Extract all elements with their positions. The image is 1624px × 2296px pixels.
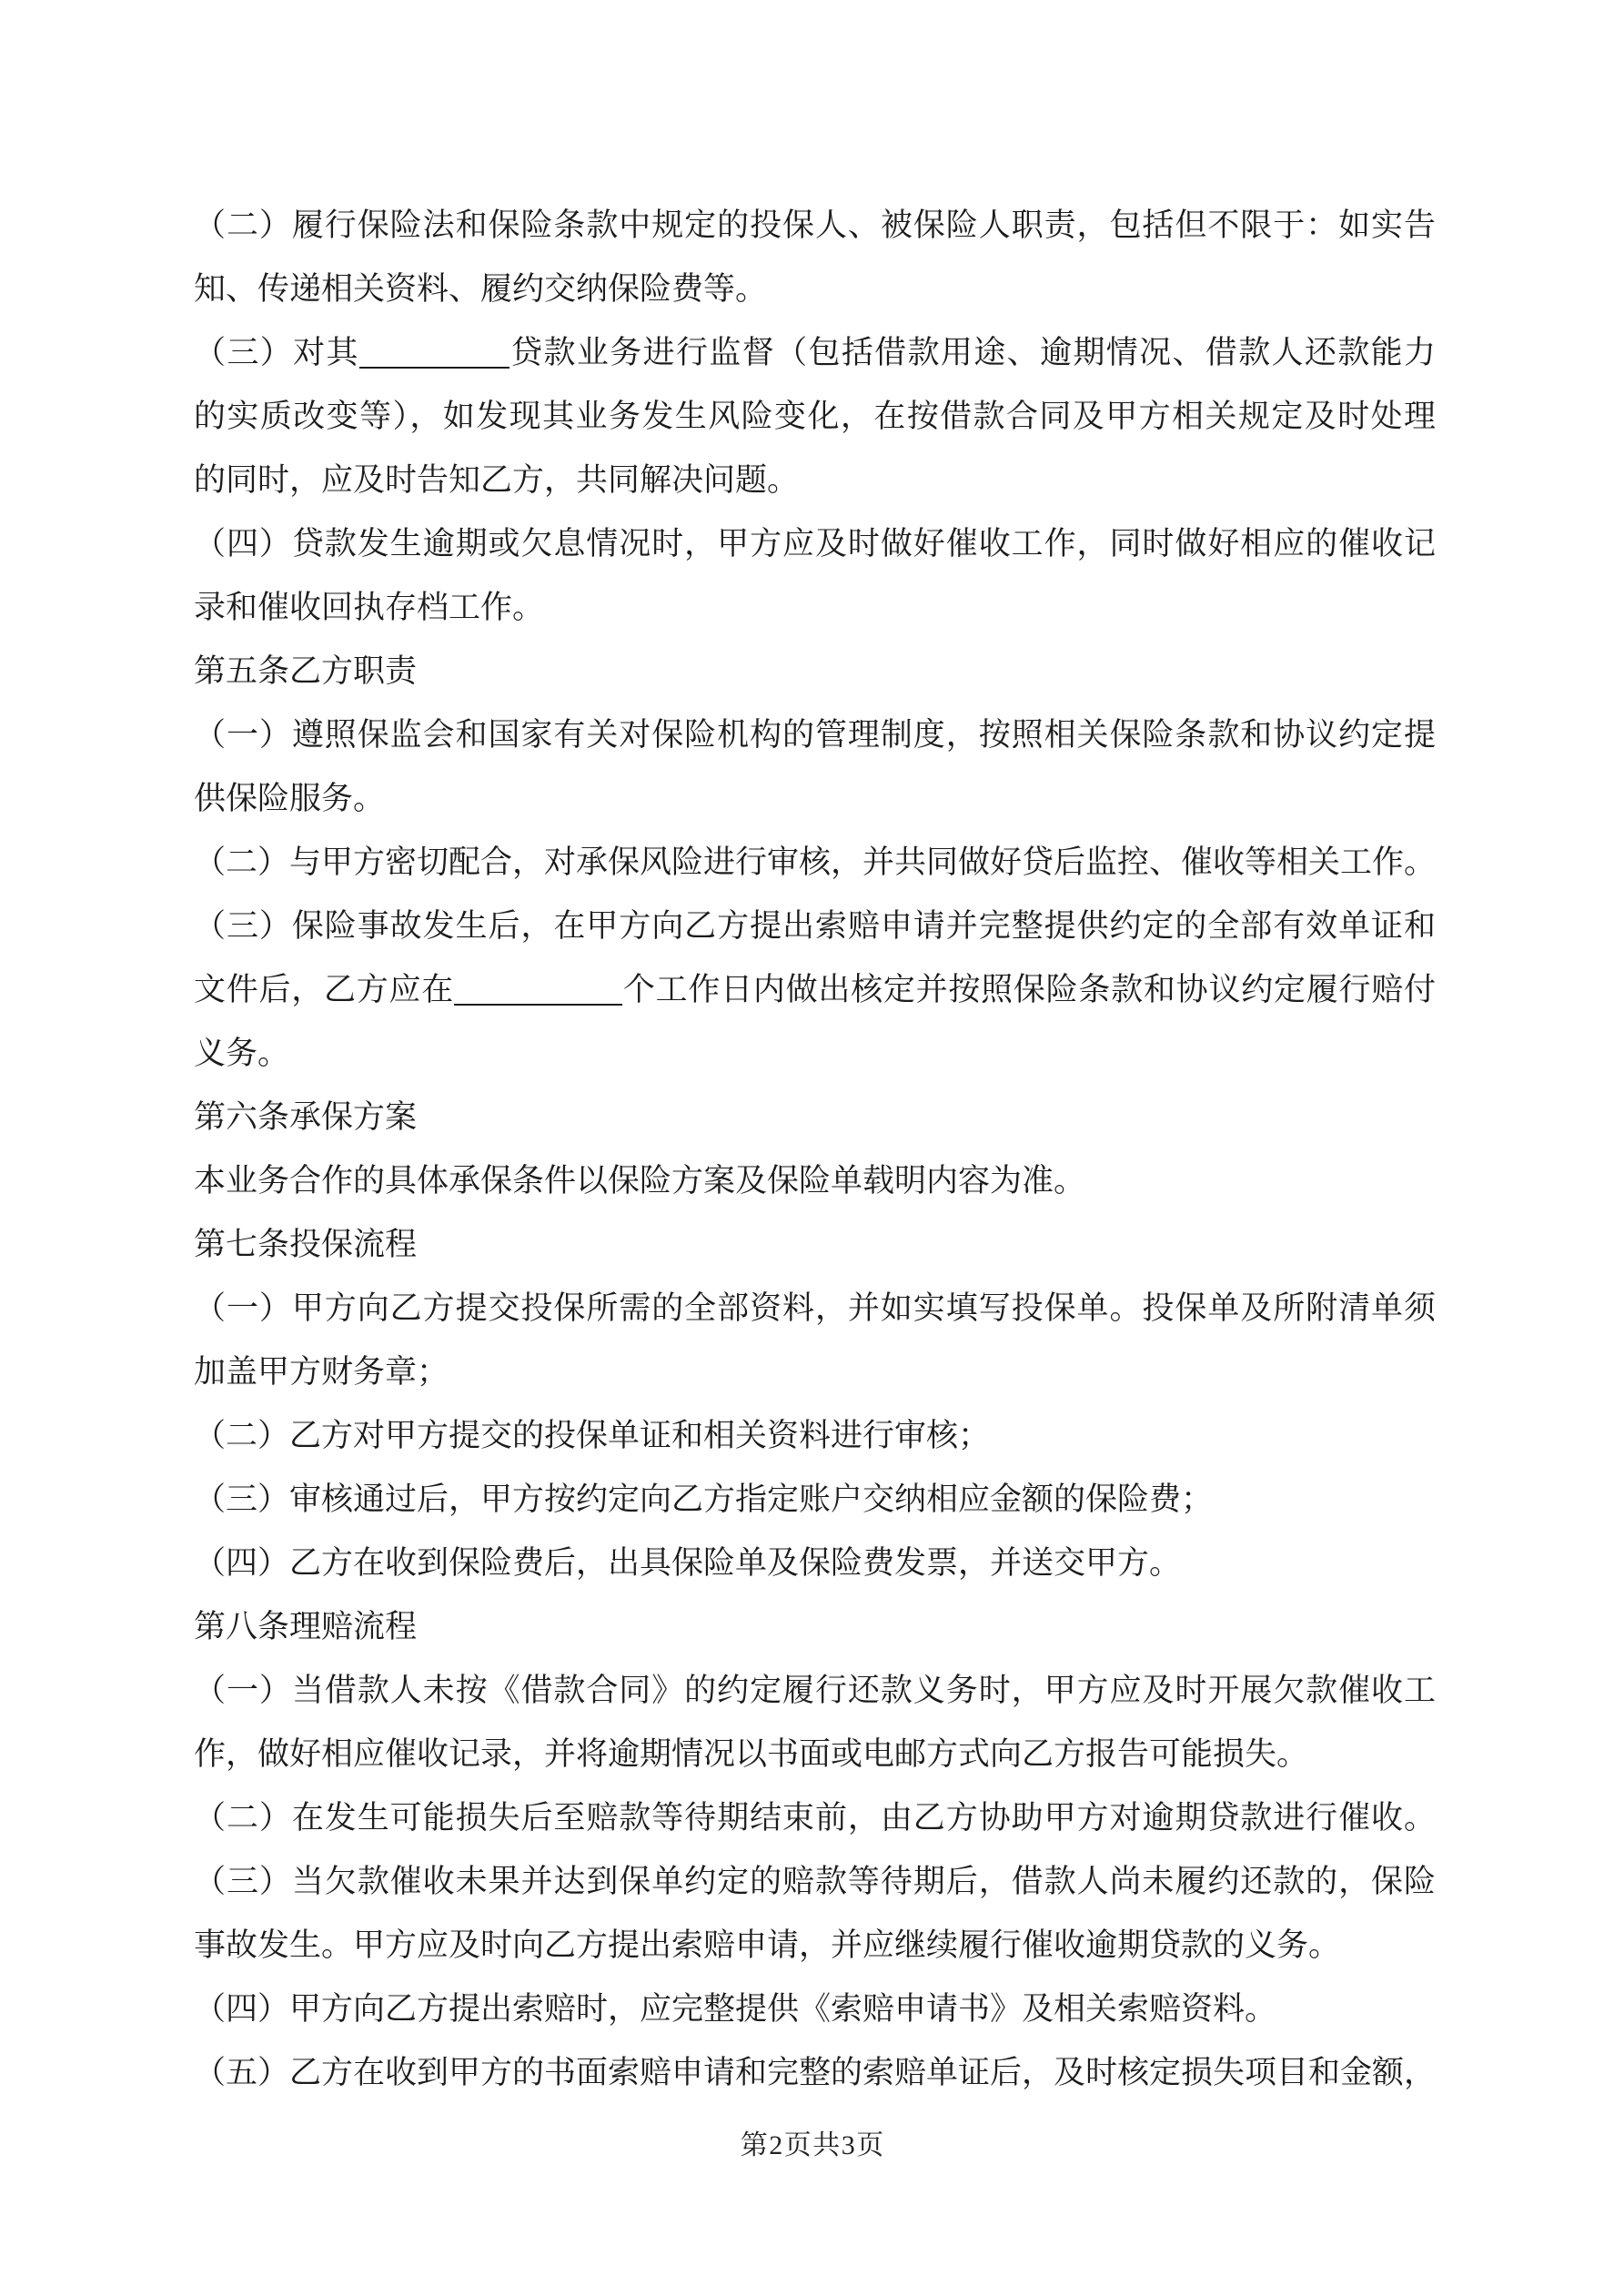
document-line: （一）甲方向乙方提交投保所需的全部资料，并如实填写投保单。投保单及所附清单须: [194, 1277, 1436, 1340]
text-run: 文件后，乙方应在: [194, 972, 454, 1007]
document-line: 第六条承保方案: [194, 1086, 1436, 1149]
text-run: 的同时，应及时告知乙方，共同解决问题。: [194, 462, 799, 498]
text-run: 作，做好相应催收记录，并将逾期情况以书面或电邮方式向乙方报告可能损失。: [194, 1736, 1308, 1772]
document-line: 知、传递相关资料、履约交纳保险费等。: [194, 258, 1436, 321]
document-line: （三）当欠款催收未果并达到保单约定的赔款等待期后，借款人尚未履约还款的，保险: [194, 1850, 1436, 1914]
text-run: 第八条理赔流程: [194, 1609, 417, 1644]
fill-in-blank-underline: [454, 998, 622, 1006]
text-run: （四）贷款发生逾期或欠息情况时，甲方应及时做好催收工作，同时做好相应的催收记: [194, 526, 1436, 561]
document-line: 义务。: [194, 1022, 1436, 1086]
text-run: （一）遵照保监会和国家有关对保险机构的管理制度，按照相关保险条款和协议约定提: [194, 717, 1436, 753]
document-line: （二）与甲方密切配合，对承保风险进行审核，并共同做好贷后监控、催收等相关工作。: [194, 831, 1436, 895]
text-run: 个工作日内做出核定并按照保险条款和协议约定履行赔付: [622, 972, 1436, 1007]
document-line: （二）在发生可能损失后至赔款等待期结束前，由乙方协助甲方对逾期贷款进行催收。: [194, 1786, 1436, 1850]
text-run: （一）当借款人未按《借款合同》的约定履行还款义务时，甲方应及时开展欠款催收工: [194, 1673, 1436, 1708]
text-run: 录和催收回执存档工作。: [194, 590, 544, 625]
document-line: （三）审核通过后，甲方按约定向乙方指定账户交纳相应金额的保险费；: [194, 1468, 1436, 1532]
document-line: （三）保险事故发生后，在甲方向乙方提出索赔申请并完整提供约定的全部有效单证和: [194, 895, 1436, 958]
text-run: （二）履行保险法和保险条款中规定的投保人、被保险人职责，包括但不限于：如实告: [194, 207, 1436, 243]
document-body: （二）履行保险法和保险条款中规定的投保人、被保险人职责，包括但不限于：如实告知、…: [194, 194, 1436, 2105]
document-line: 本业务合作的具体承保条件以保险方案及保险单载明内容为准。: [194, 1149, 1436, 1213]
text-run: 本业务合作的具体承保条件以保险方案及保险单载明内容为准。: [194, 1163, 1085, 1199]
document-line: （一）遵照保监会和国家有关对保险机构的管理制度，按照相关保险条款和协议约定提: [194, 703, 1436, 767]
text-run: （三）保险事故发生后，在甲方向乙方提出索赔申请并完整提供约定的全部有效单证和: [194, 908, 1436, 944]
document-line: 文件后，乙方应在个工作日内做出核定并按照保险条款和协议约定履行赔付: [194, 958, 1436, 1022]
text-run: （二）乙方对甲方提交的投保单证和相关资料进行审核；: [194, 1418, 990, 1453]
text-run: （三）对其: [194, 335, 359, 370]
text-run: （四）甲方向乙方提出索赔时，应完整提供《索赔申请书》及相关索赔资料。: [194, 1991, 1276, 2027]
document-line: （四）贷款发生逾期或欠息情况时，甲方应及时做好催收工作，同时做好相应的催收记: [194, 512, 1436, 576]
text-run: 供保险服务。: [194, 781, 385, 816]
text-run: 第五条乙方职责: [194, 653, 417, 689]
fill-in-blank-underline: [359, 361, 509, 369]
text-run: （三）审核通过后，甲方按约定向乙方指定账户交纳相应金额的保险费；: [194, 1482, 1213, 1517]
document-page: （二）履行保险法和保险条款中规定的投保人、被保险人职责，包括但不限于：如实告知、…: [0, 0, 1624, 2296]
text-run: （五）乙方在收到甲方的书面索赔申请和完整的索赔单证后，及时核定损失项目和金额，: [194, 2055, 1436, 2090]
document-line: 事故发生。甲方应及时向乙方提出索赔申请，并应继续履行催收逾期贷款的义务。: [194, 1914, 1436, 1977]
text-run: （四）乙方在收到保险费后，出具保险单及保险费发票，并送交甲方。: [194, 1545, 1181, 1581]
text-run: （一）甲方向乙方提交投保所需的全部资料，并如实填写投保单。投保单及所附清单须: [194, 1290, 1436, 1326]
text-run: 第七条投保流程: [194, 1227, 417, 1262]
text-run: 知、传递相关资料、履约交纳保险费等。: [194, 271, 767, 307]
document-line: 供保险服务。: [194, 767, 1436, 831]
text-run: 的实质改变等），如发现其业务发生风险变化，在按借款合同及甲方相关规定及时处理: [194, 399, 1436, 434]
document-line: 第五条乙方职责: [194, 640, 1436, 703]
text-run: 加盖甲方财务章；: [194, 1354, 449, 1390]
document-line: （二）履行保险法和保险条款中规定的投保人、被保险人职责，包括但不限于：如实告: [194, 194, 1436, 258]
document-line: （二）乙方对甲方提交的投保单证和相关资料进行审核；: [194, 1404, 1436, 1468]
page-number-footer: 第 2 页 共 3 页: [0, 2129, 1624, 2162]
document-line: 加盖甲方财务章；: [194, 1340, 1436, 1404]
document-line: 的同时，应及时告知乙方，共同解决问题。: [194, 449, 1436, 512]
text-run: 义务。: [194, 1036, 289, 1071]
document-line: （五）乙方在收到甲方的书面索赔申请和完整的索赔单证后，及时核定损失项目和金额，: [194, 2041, 1436, 2105]
document-line: 的实质改变等），如发现其业务发生风险变化，在按借款合同及甲方相关规定及时处理: [194, 385, 1436, 449]
document-line: （四）甲方向乙方提出索赔时，应完整提供《索赔申请书》及相关索赔资料。: [194, 1977, 1436, 2041]
document-line: （四）乙方在收到保险费后，出具保险单及保险费发票，并送交甲方。: [194, 1532, 1436, 1595]
document-line: 录和催收回执存档工作。: [194, 576, 1436, 640]
text-run: （二）与甲方密切配合，对承保风险进行审核，并共同做好贷后监控、催收等相关工作。: [194, 845, 1436, 880]
document-line: （一）当借款人未按《借款合同》的约定履行还款义务时，甲方应及时开展欠款催收工: [194, 1659, 1436, 1723]
text-run: （三）当欠款催收未果并达到保单约定的赔款等待期后，借款人尚未履约还款的，保险: [194, 1864, 1436, 1899]
document-line: 第八条理赔流程: [194, 1595, 1436, 1659]
text-run: 事故发生。甲方应及时向乙方提出索赔申请，并应继续履行催收逾期贷款的义务。: [194, 1927, 1340, 1963]
text-run: （二）在发生可能损失后至赔款等待期结束前，由乙方协助甲方对逾期贷款进行催收。: [194, 1800, 1436, 1836]
text-run: 贷款业务进行监督（包括借款用途、逾期情况、借款人还款能力: [509, 335, 1436, 370]
text-run: 第六条承保方案: [194, 1099, 417, 1135]
document-line: 作，做好相应催收记录，并将逾期情况以书面或电邮方式向乙方报告可能损失。: [194, 1723, 1436, 1786]
document-line: （三）对其贷款业务进行监督（包括借款用途、逾期情况、借款人还款能力: [194, 321, 1436, 385]
document-line: 第七条投保流程: [194, 1213, 1436, 1277]
